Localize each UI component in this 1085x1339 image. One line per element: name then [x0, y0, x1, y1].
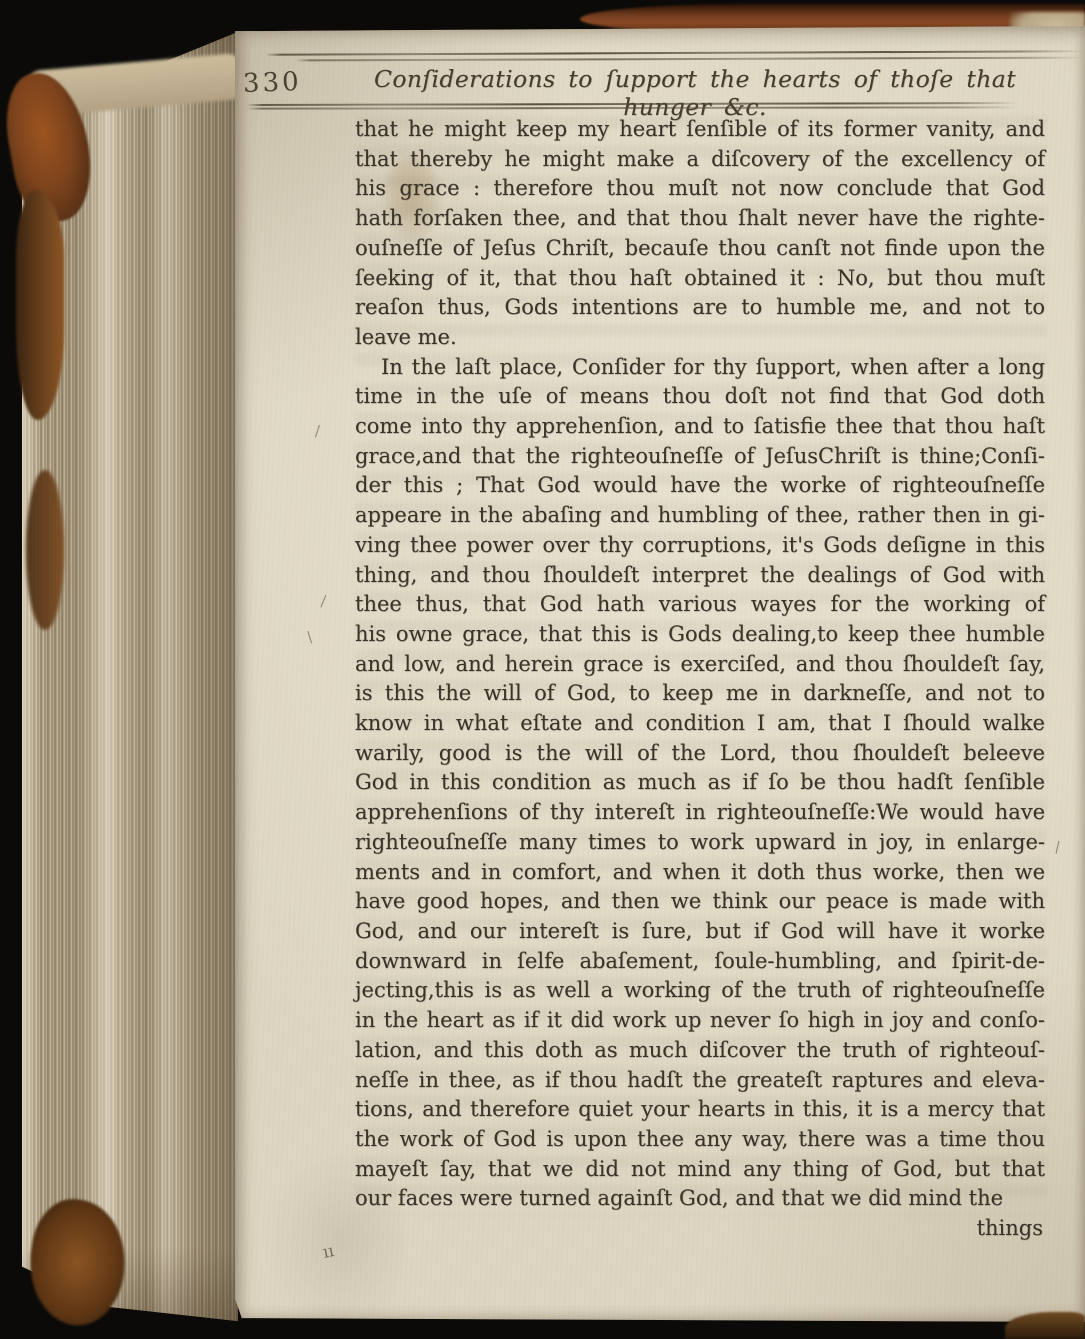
text-line: reaſon thus, Gods intentions are to humb… — [355, 293, 1045, 323]
text-line: ments and in comfort, and when it doth t… — [355, 858, 1045, 888]
header-rule-top-second — [295, 57, 1085, 62]
text-line: ſeeking of it, that thou haſt obtained i… — [355, 264, 1045, 294]
margin-tick: \ — [1051, 838, 1064, 856]
margin-tick: \ — [310, 422, 324, 440]
margin-tick: \ — [316, 592, 331, 609]
text-line: time in the uſe of means thou doſt not f… — [355, 382, 1045, 412]
text-line: leave me. — [355, 323, 1045, 353]
catchword: things — [355, 1214, 1045, 1244]
paragraph: In the laſt place, Conſider for thy ſupp… — [355, 353, 1045, 1214]
text-line: have good hopes, and then we think our p… — [355, 887, 1045, 917]
text-line: his grace : therefore thou muſt not now … — [355, 174, 1045, 204]
text-line: his owne grace, that this is Gods dealin… — [355, 620, 1045, 650]
text-line: know in what eſtate and condition I am, … — [355, 709, 1045, 739]
text-line: that thereby he might make a diſcovery o… — [355, 145, 1045, 175]
page-number: 330 — [242, 67, 302, 99]
text-line: God in this condition as much as if ſo b… — [355, 768, 1045, 798]
text-line: come into thy apprehenſion, and to ſatis… — [355, 412, 1045, 442]
text-line: der this ; That God would have the worke… — [355, 471, 1045, 501]
text-line: ving thee power over thy corruptions, it… — [355, 531, 1045, 561]
text-line: mayeſt ſay, that we did not mind any thi… — [355, 1155, 1045, 1185]
text-line: and low, and herein grace is exerciſed, … — [355, 650, 1045, 680]
text-line: apprehenſions of thy intereſt in righteo… — [355, 798, 1045, 828]
text-line: that he might keep my heart ſenſible of … — [355, 115, 1045, 145]
book-photograph: 330 Conſiderations to ſupport the hearts… — [0, 0, 1085, 1339]
text-line: downward in ſelfe abaſement, ſoule-humbl… — [355, 947, 1045, 977]
body-text: that he might keep my heart ſenſible of … — [355, 115, 1045, 1244]
text-line: appeare in the abaſing and humbling of t… — [355, 501, 1045, 531]
header-rule-top — [265, 50, 1085, 56]
text-line: hath forſaken thee, and that thou ſhalt … — [355, 204, 1045, 234]
text-line: is this the will of God, to keep me in d… — [355, 679, 1045, 709]
text-line: warily, good is the will of the Lord, th… — [355, 739, 1045, 769]
text-line: in the heart as if it did work up never … — [355, 1006, 1045, 1036]
text-line: lation, and this doth as much diſcover t… — [355, 1036, 1045, 1066]
text-line: grace,and that the righteouſneſſe of Jeſ… — [355, 442, 1045, 472]
text-line: our faces were turned againſt God, and t… — [355, 1184, 1045, 1214]
text-line: the work of God is upon thee any way, th… — [355, 1125, 1045, 1155]
book-page: 330 Conſiderations to ſupport the hearts… — [235, 26, 1085, 1322]
running-header: Conſiderations to ſupport the hearts of … — [340, 65, 1050, 121]
leather-binding-fragment — [26, 470, 64, 630]
text-line: thing, and thou ſhouldeſt interpret the … — [355, 561, 1045, 591]
text-line: In the laſt place, Conſider for thy ſupp… — [355, 353, 1045, 383]
text-line: ouſneſſe of Jeſus Chriſt, becauſe thou c… — [355, 234, 1045, 264]
text-line: righteouſneſſe many times to work upward… — [355, 828, 1045, 858]
margin-tick: / — [302, 628, 316, 646]
text-line: neſſe in thee, as if thou hadſt the grea… — [355, 1066, 1045, 1096]
text-line: thee thus, that God hath various wayes f… — [355, 590, 1045, 620]
text-line: jecting,this is as well a working of the… — [355, 976, 1045, 1006]
text-line: God, and our intereſt is ſure, but if Go… — [355, 917, 1045, 947]
text-line: tions, and therefore quiet your hearts i… — [355, 1095, 1045, 1125]
leather-binding-fragment — [16, 190, 64, 420]
paragraph: that he might keep my heart ſenſible of … — [355, 115, 1045, 353]
